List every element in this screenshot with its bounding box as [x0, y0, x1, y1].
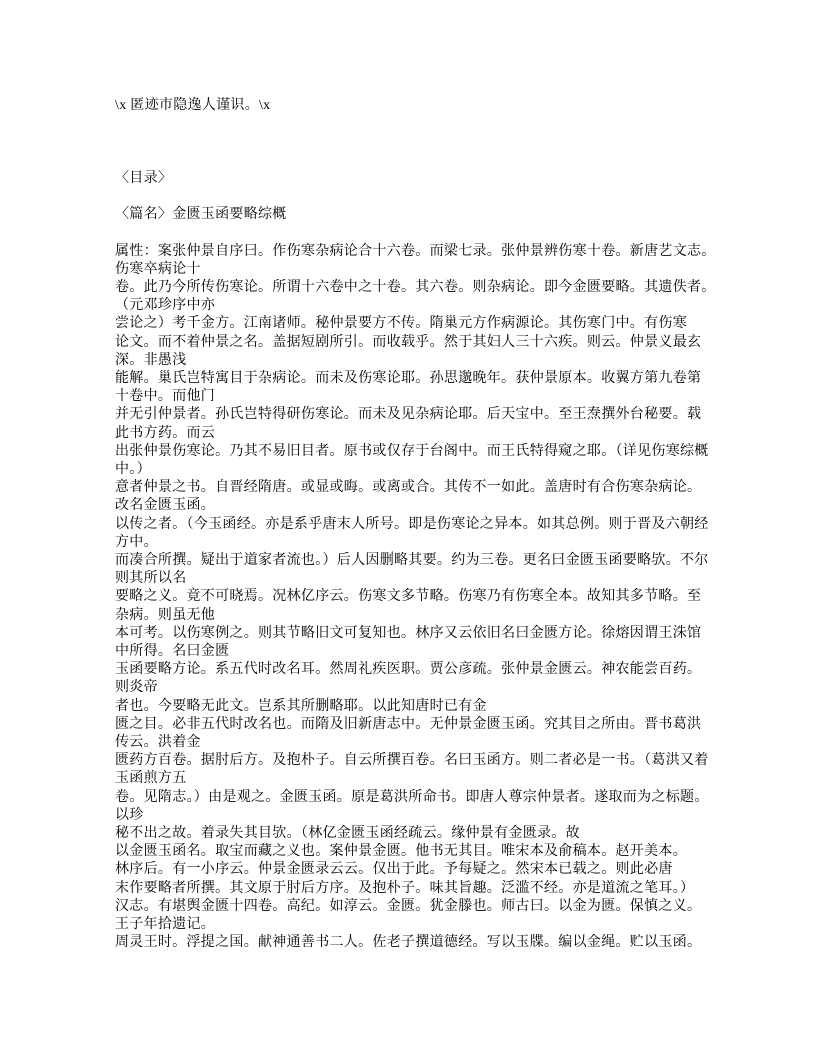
body-line-7: 深。非愚浅 — [115, 352, 755, 370]
body-line-4: （元邓珍序中亦 — [115, 297, 755, 315]
body-line-22: 本可考。以伤寒例之。则其节略旧文可复知也。林序又云依旧名曰金匮方论。徐熔因谓王洙… — [115, 625, 755, 643]
body-line-35: 林序后。有一小序云。仲景金匮录云云。仅出于此。予每疑之。然宋本已载之。则此必唐 — [115, 861, 755, 879]
body-line-3: 卷。此乃今所传伤寒论。所谓十六卷中之十卷。其六卷。则杂病论。即今金匮要略。其遗佚… — [115, 279, 755, 297]
toc-marker: 〈目录〉 — [115, 170, 755, 188]
body-line-14: 意者仲景之书。自晋经隋唐。或显或晦。或离或合。其传不一如此。盖唐时有合伤寒杂病论… — [115, 479, 755, 497]
body-line-17: 方中。 — [115, 534, 755, 552]
body-line-27: 匮之目。必非五代时改名也。而隋及旧新唐志中。无仲景金匮玉函。究其目之所由。晋书葛… — [115, 716, 755, 734]
body-line-36: 末作要略者所撰。其文原于肘后方序。及抱朴子。味其旨趣。泛滥不经。亦是道流之笔耳。… — [115, 880, 755, 898]
body-line-18: 而凑合所撰。疑出于道家者流也。）后人因删略其要。约为三卷。更名曰金匮玉函要略欤。… — [115, 552, 755, 570]
body-line-5: 尝论之）考千金方。江南诸师。秘仲景要方不传。隋巢元方作病源论。其伤寒门中。有伤寒 — [115, 315, 755, 333]
section-title-line: 〈篇名〉金匮玉函要略综概 — [115, 206, 755, 224]
body-line-25: 则炎帝 — [115, 679, 755, 697]
body-text: 属性：案张仲景自序曰。作伤寒杂病论合十六卷。而梁七录。张仲景辨伤寒十卷。新唐艺文… — [115, 243, 755, 953]
body-line-6: 论文。而不着仲景之名。盖据短剧所引。而收载乎。然于其妇人三十六疾。则云。仲景义最… — [115, 334, 755, 352]
body-line-8: 能解。巢氏岂特寓目于杂病论。而未及伤寒论耶。孙思邈晚年。获仲景原本。收翼方第九卷… — [115, 370, 755, 388]
header-annotation: \x 匿迹市隐逸人谨识。\x — [115, 97, 755, 115]
body-line-12: 出张仲景伤寒论。乃其不易旧目者。原书或仅存于台阁中。而王氏特得窥之耶。（详见伤寒… — [115, 443, 755, 461]
body-line-26: 者也。今要略无此文。岂系其所删略耶。以此知唐时已有金 — [115, 698, 755, 716]
body-line-32: 以珍 — [115, 807, 755, 825]
section-title: 金匮玉函要略综概 — [172, 207, 286, 222]
document-page: \x 匿迹市隐逸人谨识。\x 〈目录〉 〈篇名〉金匮玉函要略综概 属性：案张仲景… — [0, 0, 816, 1056]
body-line-29: 匮药方百卷。据肘后方。及抱朴子。自云所撰百卷。名曰玉函方。则二者必是一书。（葛洪… — [115, 752, 755, 770]
body-line-34: 以金匮玉函名。取宝而藏之义也。案仲景金匮。他书无其目。唯宋本及俞稿本。赵开美本。 — [115, 843, 755, 861]
body-line-15: 改名金匮玉函。 — [115, 497, 755, 515]
body-line-31: 卷。见隋志。）由是观之。金匮玉函。原是葛洪所命书。即唐人尊宗仲景者。遂取而为之标… — [115, 789, 755, 807]
body-line-21: 杂病。则虽无他 — [115, 607, 755, 625]
body-line-10: 并无引仲景者。孙氏岂特得研伤寒论。而未及见杂病论耶。后天宝中。至王焘撰外台秘要。… — [115, 406, 755, 424]
body-line-1: 属性：案张仲景自序曰。作伤寒杂病论合十六卷。而梁七录。张仲景辨伤寒十卷。新唐艺文… — [115, 243, 755, 261]
body-line-28: 传云。洪着金 — [115, 734, 755, 752]
body-line-9: 十卷中。而他门 — [115, 388, 755, 406]
body-line-23: 中所得。名曰金匮 — [115, 643, 755, 661]
body-line-19: 则其所以名 — [115, 570, 755, 588]
body-line-13: 中。） — [115, 461, 755, 479]
body-line-2: 伤寒卒病论十 — [115, 261, 755, 279]
text-column: \x 匿迹市隐逸人谨识。\x 〈目录〉 〈篇名〉金匮玉函要略综概 属性：案张仲景… — [115, 97, 755, 953]
body-line-39: 周灵王时。浮提之国。献神通善书二人。佐老子撰道德经。写以玉牒。编以金绳。贮以玉函… — [115, 934, 755, 952]
body-line-16: 以传之者。（今玉函经。亦是系乎唐末人所号。即是伤寒论之异本。如其总例。则于晋及六… — [115, 516, 755, 534]
section-name-tag: 〈篇名〉 — [115, 207, 172, 222]
body-line-11: 此书方药。而云 — [115, 425, 755, 443]
body-line-30: 玉函煎方五 — [115, 770, 755, 788]
body-line-33: 秘不出之故。着录失其目欤。（林亿金匮玉函经疏云。缘仲景有金匮录。故 — [115, 825, 755, 843]
body-line-20: 要略之义。竟不可晓焉。况林亿序云。伤寒文多节略。伤寒乃有伤寒全本。故知其多节略。… — [115, 588, 755, 606]
body-line-38: 王子年拾遗记。 — [115, 916, 755, 934]
body-line-37: 汉志。有堪舆金匮十四卷。高纪。如淳云。金匮。犹金滕也。师古曰。以金为匮。保慎之义… — [115, 898, 755, 916]
body-line-24: 玉函要略方论。系五代时改名耳。然周礼疾医职。贾公彦疏。张仲景金匮云。神农能尝百药… — [115, 661, 755, 679]
